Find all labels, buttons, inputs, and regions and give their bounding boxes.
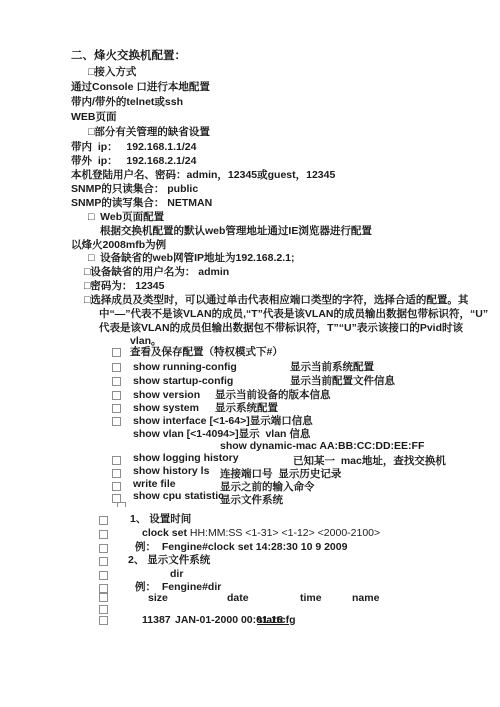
file-table-header-name: name xyxy=(352,592,379,604)
line-snmp-write: SNMP的读写集合： NETMAN xyxy=(71,197,212,209)
cmd-show-startup-config: show startup-config xyxy=(133,375,233,387)
cmd-show-history-ls: show history ls xyxy=(133,465,209,477)
checkbox[interactable] xyxy=(112,391,121,400)
clock-set-command: clock set HH:MM:SS <1-31> <1-12> <2000-2… xyxy=(142,527,380,539)
cmd-show-interface: show interface [<1-64>]显示端口信息 xyxy=(133,415,313,427)
commands-heading: 查看及保存配置（特权模式下#） xyxy=(130,346,283,358)
checkbox[interactable] xyxy=(99,516,108,525)
checkbox[interactable] xyxy=(99,571,108,580)
clock-set-example: 例： Fengine#clock set 14:28:30 10 9 2009 xyxy=(135,541,347,553)
cmd-show-dynamic-mac: show dynamic-mac AA:BB:CC:DD:EE:FF xyxy=(220,440,424,452)
vlan-note-line-3: 代表是该VLAN的成员但输出数据包不带标识符，T”“U”表示该接口的Pvid时该 xyxy=(99,322,463,334)
dir-command: dir xyxy=(170,568,183,580)
file-row-size: 11387 xyxy=(142,614,171,626)
checkbox[interactable] xyxy=(99,616,108,625)
cmd-show-system: show system xyxy=(133,402,199,414)
checkbox[interactable] xyxy=(99,530,108,539)
desc-show-version: 显示当前设备的版本信息 xyxy=(215,389,331,401)
line-outband-ip: 带外 ip： 192.168.2.1/24 xyxy=(71,155,196,167)
cmd-show-vlan: show vlan [<1-4094>]显示 vlan 信息 xyxy=(133,428,310,440)
desc-write-file: 显示之前的输入命令 xyxy=(220,481,315,493)
line-web-page: WEB页面 xyxy=(71,111,117,123)
checkbox[interactable] xyxy=(112,348,121,357)
clock-set-keyword: clock set xyxy=(142,527,187,539)
desc-show-history-ls: 连接端口号 显示历史记录 xyxy=(220,468,341,480)
doc-title: 二、烽火交换机配置： xyxy=(71,50,186,62)
checkbox[interactable] xyxy=(112,482,121,491)
cmd-write-file: write file xyxy=(133,478,176,490)
step-1-title: 1、 设置时间 xyxy=(130,513,191,525)
line-inband-ip: 带内 ip： 192.168.1.1/24 xyxy=(71,141,196,153)
cmd-show-version: show version xyxy=(133,389,200,401)
line-2008mfb-example: 以烽火2008mfb为例 xyxy=(71,239,166,251)
checkbox[interactable] xyxy=(112,377,121,386)
line-login-credentials: 本机登陆用户名、密码：admin，12345或guest，12345 xyxy=(71,169,335,181)
bullet-default-username: □设备缺省的用户名为： admin xyxy=(84,266,229,278)
document-page: 二、烽火交换机配置： □接入方式 通过Console 口进行本地配置 带内/带外… xyxy=(0,0,500,707)
desc-show-system: 显示系统配置 xyxy=(215,402,278,414)
checkbox[interactable] xyxy=(99,605,108,614)
bullet-web-ip: □ 设备缺省的web网管IP地址为192.168.2.1; xyxy=(88,252,294,264)
checkbox[interactable] xyxy=(112,469,121,478)
bullet-access-mode: □接入方式 xyxy=(88,66,136,78)
cmd-show-running-config: show running-config xyxy=(133,361,237,373)
desc-show-startup-config: 显示当前配置文件信息 xyxy=(290,375,395,387)
file-row-name: startcfg xyxy=(257,614,296,626)
clock-set-args: HH:MM:SS <1-31> <1-12> <2000-2100> xyxy=(187,527,380,539)
vlan-note-line-2: 中“—”代表不是该VLAN的成员,“T”代表是该VLAN的成员输出数据包带标识符… xyxy=(99,308,488,320)
cmd-show-logging-history: show logging history xyxy=(133,452,239,464)
checkbox[interactable] xyxy=(99,584,108,593)
checkbox[interactable] xyxy=(112,417,121,426)
line-snmp-read: SNMP的只读集合： public xyxy=(71,183,198,195)
step-2-title: 2、 显示文件系统 xyxy=(128,554,210,566)
checkbox[interactable] xyxy=(99,593,108,602)
cmd-show-cpu-statistic: show cpu statistic xyxy=(133,490,224,502)
partial-checkbox xyxy=(117,502,126,507)
checkbox[interactable] xyxy=(112,363,121,372)
vlan-note-line-1: □选择成员及类型时，可以通过单击代表相应端口类型的字符，选择合适的配置。其 xyxy=(84,294,468,306)
checkbox[interactable] xyxy=(112,456,121,465)
desc-show-cpu-statistic: 显示文件系统 xyxy=(220,494,283,506)
checkbox[interactable] xyxy=(99,544,108,553)
line-console: 通过Console 口进行本地配置 xyxy=(71,81,210,93)
file-table-header-time: time xyxy=(300,592,322,604)
desc-show-running-config: 显示当前系统配置 xyxy=(290,361,374,373)
file-table-header-size: size xyxy=(148,592,168,604)
bullet-default-password: □密码为： 12345 xyxy=(84,280,164,292)
line-telnet-ssh: 带内/带外的telnet或ssh xyxy=(71,96,183,108)
line-ie-browser: 根据交换机配置的默认web管理地址通过IE浏览器进行配置 xyxy=(100,225,372,237)
bullet-default-settings: □部分有关管理的缺省设置 xyxy=(88,126,210,138)
file-table-header-date: date xyxy=(227,592,249,604)
bullet-web-config: □ Web页面配置 xyxy=(88,211,164,223)
checkbox[interactable] xyxy=(99,557,108,566)
desc-show-logging-history: 已知某一 mac地址，查找交换机 xyxy=(293,455,446,467)
checkbox[interactable] xyxy=(112,404,121,413)
